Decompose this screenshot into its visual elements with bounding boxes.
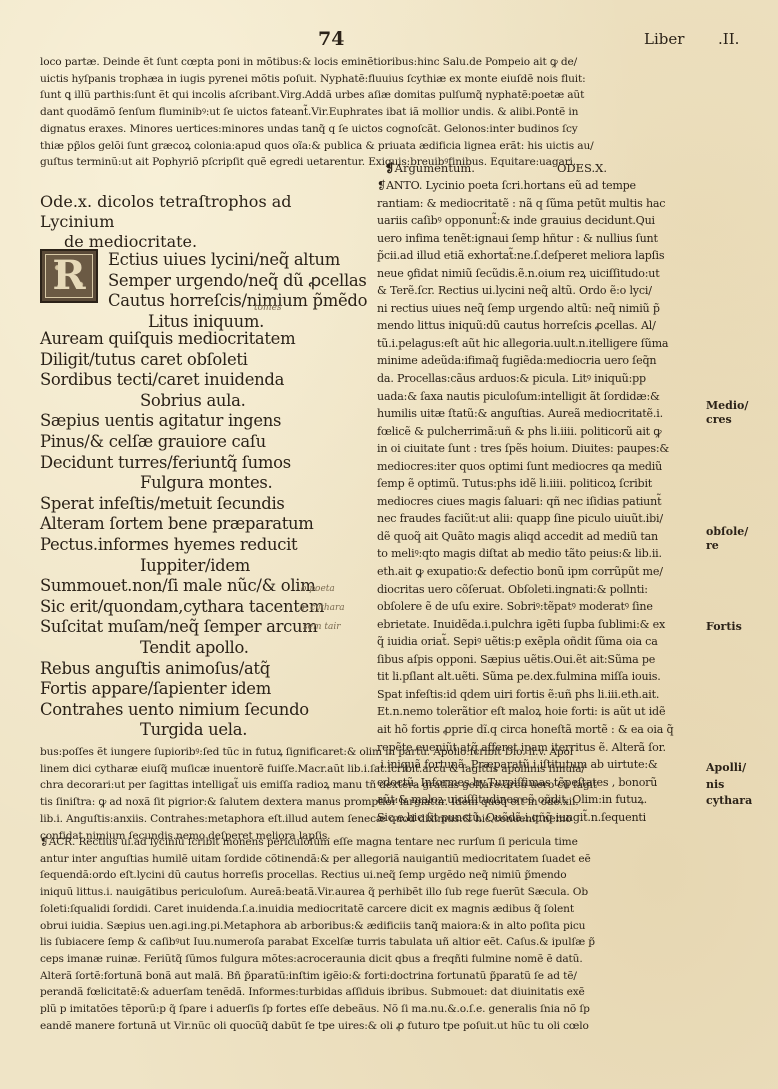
commentary-line: tit li.pſlant alt.uẽti. Sũma pe.dex.fulm… xyxy=(377,668,695,686)
ode-title: Ode.x. dicolos tetraſtrophos ad Lycinium… xyxy=(40,192,360,252)
verse-line: Alteram ſortem bene præparatum xyxy=(40,514,370,535)
commentary-line: ebrietate. Inuidẽda.i.pulchra igẽti ſupb… xyxy=(377,616,695,634)
commentary-line: chra decorari:ut per ſagittas intelligat… xyxy=(40,777,690,794)
commentary-line: iniquũ littus.i. nauigãtibus periculoſum… xyxy=(40,884,690,901)
running-head: Liber .II. xyxy=(644,30,684,48)
commentary-line: plũ p imitatões tẽporũ:p q̃ ſpare i adue… xyxy=(40,1001,690,1018)
side-note-line: obſole/ xyxy=(706,525,748,539)
verse-line: Decidunt turres/feriuntq̃ ſumos xyxy=(40,453,370,474)
commentary-line: in oi ciuitate ſunt : tres ſpẽs hoium. D… xyxy=(377,440,695,458)
verse-line: Sobrius aula. xyxy=(40,391,370,412)
commentary-line: dignatus eraxes. Minores uertices:minore… xyxy=(40,121,690,138)
commentary-line: uariis caſibꝰ opponunt̃:& inde grauius d… xyxy=(377,212,695,230)
odes-label: ODES.X. xyxy=(557,161,607,175)
page-number: 74 xyxy=(318,28,344,50)
verse-line: Auream quiſquis mediocritatem xyxy=(40,329,370,350)
side-note-apollinis-cythara: Apolli/ nis cythara xyxy=(706,760,752,810)
handwritten-annotation: o poeta xyxy=(301,584,335,594)
side-note-line: cythara xyxy=(706,793,752,810)
commentary-line: uada:& ſaxa nautis piculoſum:intelligit … xyxy=(377,388,695,406)
commentary-line: ſoleti:ſqualidi ſordidi. Caret inuidenda… xyxy=(40,901,690,918)
commentary-line: eth.ait ꝙ exupatio:& defectio bonũ ipm c… xyxy=(377,563,695,581)
commentary-line: tũ.i.pelagus:eſt aũt hic allegoria.uult.… xyxy=(377,335,695,353)
commentary-line: perandã fœlicitatẽ:& aduerſam tenẽdã. In… xyxy=(40,984,690,1001)
book-number: .II. xyxy=(718,30,739,48)
side-note-mediocres: Medio/ cres xyxy=(706,399,748,427)
verse-line: Pinus/& celſæ grauiore caſu xyxy=(40,432,370,453)
commentary-line: neue ꝯfidat nimiũ ſecũdis.ẽ.n.oium reꝝ u… xyxy=(377,265,695,283)
commentary-line: ſemp ẽ optimũ. Tutus:phs idẽ li.iiii. po… xyxy=(377,475,695,493)
commentary-line: ❡ANTO. Lycinio poeta ſcri.hortans eũ ad … xyxy=(377,177,695,195)
running-head-label: Liber xyxy=(644,30,684,48)
floral-ornament-icon: R xyxy=(45,254,93,298)
verse-line: Turgida uela. xyxy=(40,720,370,741)
commentary-line: linem dici cytharæ eiuſq̃ muſicæ inuento… xyxy=(40,761,690,778)
commentary-line: ait hõ fortis ꝓprie dĩ.q circa honeſtã m… xyxy=(377,721,695,739)
commentary-line: tis ſiniſtra: ꝙ ad noxã ſit pigrior:& ſa… xyxy=(40,794,690,811)
verse-line: Iuppiter/idem xyxy=(40,556,370,577)
commentary-line: diocritas uero cõſeruat. Obſoleti.ingnat… xyxy=(377,581,695,599)
drop-cap-letter: R xyxy=(52,256,85,296)
commentary-line: Alterã ſortẽ:fortunã bonã aut malã. Bñ p… xyxy=(40,968,690,985)
commentary-line: rantiam: & mediocritatẽ : nã q ſũma petũ… xyxy=(377,195,695,213)
commentary-line: bus:poſſes ẽt iungere ſupioribꝰ:ſed tũc … xyxy=(40,744,690,761)
commentary-line: uictis hyſpanis trophæa in iugis pyrenei… xyxy=(40,71,690,88)
verse-line: Fortis appare/ſapienter idem xyxy=(40,679,370,700)
commentary-line: mendo littus iniquũ:dũ cautus horreſcis … xyxy=(377,317,695,335)
commentary-line: ni rectius uiues neq̃ ſemp urgendo altũ:… xyxy=(377,300,695,318)
commentary-line: obrui iuidia. Sæpius uen.agi.ing.pi.Meta… xyxy=(40,918,690,935)
verse-line: Sæpius uentis agitatur ingens xyxy=(40,411,370,432)
commentary-line: thiæ pp̃los gelõi ſunt græcoꝝ colonia:ap… xyxy=(40,138,690,155)
commentary-line: mediocres:iter quos optimi ſunt mediocre… xyxy=(377,458,695,476)
side-note-line: Medio/ xyxy=(706,399,748,413)
side-note-line: Fortis xyxy=(706,620,742,634)
side-note-fortis: Fortis xyxy=(706,620,742,634)
side-note-line: cres xyxy=(706,413,748,427)
commentary-line: ❡ACR. Rectius ui.ad lyciniũ ſcribit mone… xyxy=(40,834,690,851)
commentary-line: humilis uitæ ſtatũ:& anguſtias. Aureã me… xyxy=(377,405,695,423)
argument-heading: ❡Argumentum. ODES.X. xyxy=(385,161,475,175)
commentary-line: Et.n.nemo tolerãtior eſt maloꝝ hoie fort… xyxy=(377,703,695,721)
side-note-line: Apolli/ xyxy=(706,760,752,777)
pilcrow-icon: ❡ xyxy=(385,161,395,175)
handwritten-annotation: q' cythara xyxy=(299,603,345,613)
poem-body: Auream quiſquis mediocritatem Diligit/tu… xyxy=(40,329,370,741)
commentary-line: Spat infeſtis:id qdem uiri fortis ẽ:uñ p… xyxy=(377,686,695,704)
decorated-initial: R xyxy=(40,249,98,303)
commentary-line: nec fraudes faciũt:ut alii: quapp ſine p… xyxy=(377,510,695,528)
commentary-line: p̃cii.ad illud etiã exhortat̃:ne.ſ.deſpe… xyxy=(377,247,695,265)
book-page: 74 Liber .II. loco partæ. Deinde ẽt ſunt… xyxy=(0,0,778,1089)
commentary-line: loco partæ. Deinde ẽt ſunt cœpta poni in… xyxy=(40,54,690,71)
verse-line: Sperat infeſtis/metuit ſecundis xyxy=(40,494,370,515)
verse-line: Rebus anguſtis animoſus/atq̃ xyxy=(40,659,370,680)
bottom-commentary: bus:poſſes ẽt iungere ſupioribꝰ:ſed tũc … xyxy=(40,744,690,844)
commentary-line: & Terẽ.ſcr. Rectius ui.lycini neq̃ altũ.… xyxy=(377,282,695,300)
verse-line: Tendit apollo. xyxy=(40,638,370,659)
side-note-line: nis xyxy=(706,777,752,794)
commentary-line: mediocres ciues magis ſaluari: qñ nec iſ… xyxy=(377,493,695,511)
sacr-commentary: ❡ACR. Rectius ui.ad lyciniũ ſcribit mone… xyxy=(40,834,690,1034)
commentary-line: ſequendã:ordo eſt.lycini dũ cautus horre… xyxy=(40,867,690,884)
commentary-line: minime adeũda:ifimaq̃ fugiẽda:mediocria … xyxy=(377,352,695,370)
commentary-line: eandẽ manere fortunã ut Vir.nũc oli quoc… xyxy=(40,1018,690,1035)
side-note-obsolere: obſole/ re xyxy=(706,525,748,553)
commentary-line: fœlicẽ & pulcherrimã:uñ & phs li.iiii. p… xyxy=(377,423,695,441)
commentary-line: ſunt ꝗ illũ parthis:ſunt ẽt qui incolis … xyxy=(40,87,690,104)
commentary-line: uero infima tenẽt:ignaui ſemp hñtur : & … xyxy=(377,230,695,248)
commentary-line: q̃ iuidia oriat̃. Sepiꝰ uẽtis:p exẽpla o… xyxy=(377,633,695,651)
handwritten-annotation: sem tair xyxy=(303,622,341,632)
verse-line: Contrahes uento nimium ſecundo xyxy=(40,700,370,721)
verse-line: Sordibus tecti/caret inuidenda xyxy=(40,370,370,391)
ode-title-line: Ode.x. dicolos tetraſtrophos ad Lycinium xyxy=(40,192,360,232)
commentary-line: dẽ quoq̃ ait Quãto magis aliqd accedit a… xyxy=(377,528,695,546)
commentary-line: to meliꝰ:qto magis diſtat ab medio tãto … xyxy=(377,545,695,563)
commentary-line: antur inter anguſtias humilẽ uitam ſordi… xyxy=(40,851,690,868)
commentary-line: ſibus aſpis opponi. Sæpius uẽtis.Oui.ẽt … xyxy=(377,651,695,669)
commentary-line: dant quodãmõ ſenſum fluminibꝰ:ut ſe uict… xyxy=(40,104,690,121)
commentary-line: obſolere ẽ de uſu exire. Sobriꝰ:tẽpatꝰ m… xyxy=(377,598,695,616)
commentary-line: lib.i. Anguſtis:anxiis. Contrahes:metaph… xyxy=(40,811,690,828)
commentary-line: ceps imanæ ruinæ. Feriũtq̃ ſũmos fulgura… xyxy=(40,951,690,968)
verse-line: Pectus.informes hyemes reducit xyxy=(40,535,370,556)
verse-line: Diligit/tutus caret obſoleti xyxy=(40,350,370,371)
top-commentary: loco partæ. Deinde ẽt ſunt cœpta poni in… xyxy=(40,54,690,171)
side-note-line: re xyxy=(706,539,748,553)
commentary-line: da. Procellas:cãus arduos:& picula. Litꝰ… xyxy=(377,370,695,388)
argument-commentary-column: ❡ANTO. Lycinio poeta ſcri.hortans eũ ad … xyxy=(377,177,695,826)
argument-label: Argumentum. xyxy=(395,161,475,175)
verse-line: Fulgura montes. xyxy=(40,473,370,494)
handwritten-annotation: tomes xyxy=(254,303,282,313)
commentary-line: lis ſubiacere ſemp & caſibꝰut Iuu.numero… xyxy=(40,934,690,951)
